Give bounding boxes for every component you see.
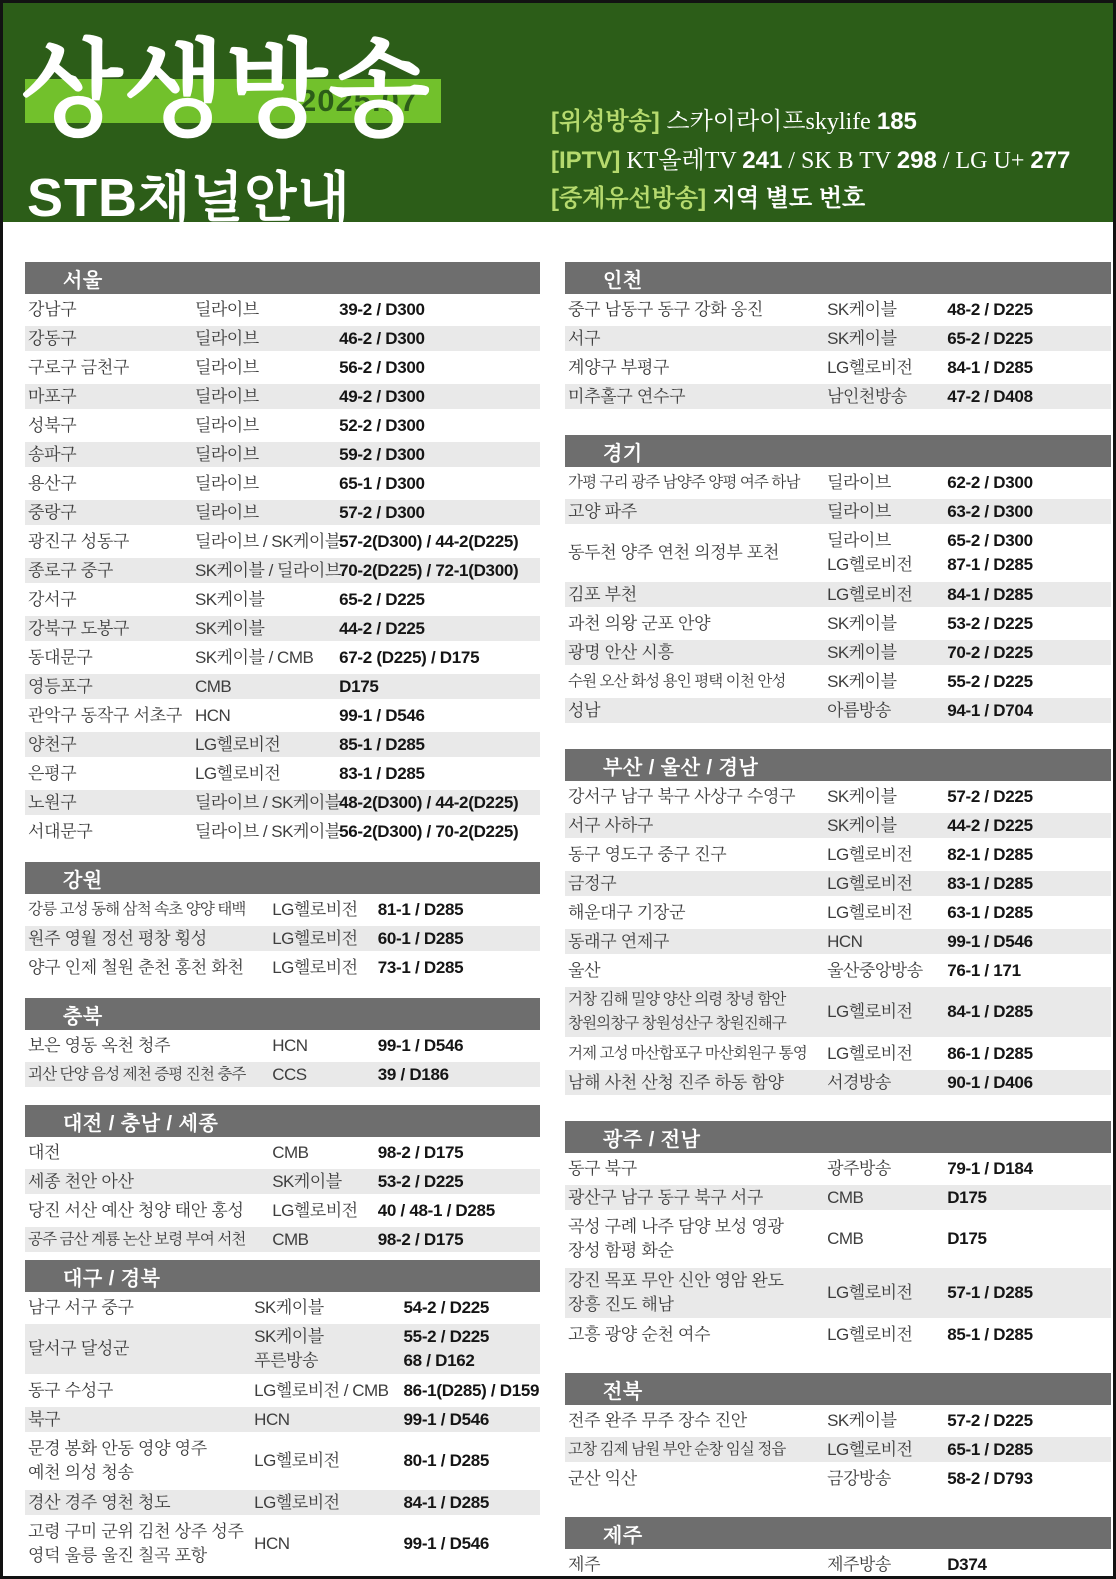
- channel-cell: 99-1 / D546: [404, 1517, 540, 1571]
- provider-cell: CMB: [195, 674, 339, 699]
- table-row: 동두천 양주 연천 의정부 포천딜라이브 LG헬로비전65-2 / D300 8…: [565, 526, 1111, 580]
- channel-cell: 84-1 / D285: [947, 582, 1111, 607]
- channel-cell: D175: [947, 1185, 1111, 1210]
- table-row: 영등포구CMBD175: [25, 672, 540, 701]
- info-segment: 298: [897, 147, 937, 174]
- provider-cell: 서경방송: [827, 1070, 947, 1095]
- info-segment: [중계유선방송]: [551, 185, 706, 212]
- channel-cell: 65-1 / D300: [339, 469, 540, 498]
- section-rows: 제주제주방송D374: [565, 1550, 1111, 1579]
- channel-cell: 63-1 / D285: [947, 898, 1111, 927]
- table-row: 서구 사하구SK케이블44-2 / D225: [565, 811, 1111, 840]
- table-row: 강동구딜라이브46-2 / D300: [25, 324, 540, 353]
- channel-cell: 57-2(D300) / 44-2(D225): [339, 527, 540, 556]
- region-cell: 경산 경주 영천 청도: [25, 1490, 254, 1515]
- region-cell: 중랑구: [25, 500, 195, 525]
- channel-cell: 48-2(D300) / 44-2(D225): [339, 790, 540, 815]
- region-section: 대전 / 충남 / 세종대전CMB98-2 / D175세종 천안 아산SK케이…: [25, 1105, 540, 1254]
- channel-cell: 84-1 / D285: [947, 353, 1111, 382]
- channel-cell: 40 / 48-1 / D285: [378, 1196, 540, 1225]
- table-row: 구로구 금천구딜라이브56-2 / D300: [25, 353, 540, 382]
- table-row: 고양 파주딜라이브63-2 / D300: [565, 497, 1111, 526]
- channel-cell: 58-2 / D793: [947, 1464, 1111, 1493]
- region-cell: 당진 서산 예산 청양 태안 홍성: [25, 1196, 272, 1225]
- provider-cell: SK케이블: [827, 609, 947, 638]
- region-section: 서울강남구딜라이브39-2 / D300강동구딜라이브46-2 / D300구로…: [25, 262, 540, 846]
- info-segment: 241: [742, 147, 782, 174]
- provider-cell: HCN: [272, 1031, 378, 1060]
- channel-cell: 98-2 / D175: [378, 1227, 540, 1252]
- provider-cell: SK케이블: [827, 782, 947, 811]
- table-row: 곡성 구례 나주 담양 보성 영광 장성 함평 화순CMBD175: [565, 1212, 1111, 1266]
- channel-cell: 99-1 / D546: [947, 929, 1111, 954]
- region-cell: 광명 안산 시흥: [565, 640, 827, 665]
- region-cell: 계양구 부평구: [565, 353, 827, 382]
- channel-cell: 56-2(D300) / 70-2(D225): [339, 817, 540, 846]
- channel-cell: 70-2 / D225: [947, 640, 1111, 665]
- provider-cell: LG헬로비전: [827, 353, 947, 382]
- provider-cell: CMB: [827, 1212, 947, 1266]
- provider-cell: LG헬로비전: [827, 898, 947, 927]
- table-row: 가평 구리 광주 남양주 양평 여주 하남딜라이브62-2 / D300: [565, 468, 1111, 497]
- section-header: 경기: [565, 435, 1111, 467]
- provider-cell: CMB: [827, 1185, 947, 1210]
- channel-cell: 67-2 (D225) / D175: [339, 643, 540, 672]
- section-header: 제주: [565, 1517, 1111, 1549]
- channel-cell: 48-2 / D225: [947, 295, 1111, 324]
- provider-cell: 남인천방송: [827, 384, 947, 409]
- provider-cell: LG헬로비전: [272, 1196, 378, 1225]
- region-cell: 가평 구리 광주 남양주 양평 여주 하남: [565, 468, 827, 497]
- region-cell: 고령 구미 군위 김천 상주 성주 영덕 울릉 울진 칠곡 포항: [25, 1517, 254, 1571]
- info-segment: [IPTV]: [551, 147, 620, 174]
- table-row: 서대문구딜라이브 / SK케이블56-2(D300) / 70-2(D225): [25, 817, 540, 846]
- region-section: 광주 / 전남동구 북구광주방송79-1 / D184광산구 남구 동구 북구 …: [565, 1121, 1111, 1349]
- channel-cell: 83-1 / D285: [947, 871, 1111, 896]
- table-row: 성남아름방송94-1 / D704: [565, 696, 1111, 725]
- region-section: 경기가평 구리 광주 남양주 양평 여주 하남딜라이브62-2 / D300고양…: [565, 435, 1111, 725]
- channel-cell: 73-1 / D285: [378, 953, 540, 982]
- region-cell: 강진 목포 무안 신안 영암 완도 장흥 진도 해남: [565, 1268, 827, 1318]
- region-cell: 수원 오산 화성 용인 평택 이천 안성: [565, 667, 827, 696]
- channel-cell: 76-1 / 171: [947, 956, 1111, 985]
- channel-cell: 60-1 / D285: [378, 926, 540, 951]
- info-segment: 277: [1030, 147, 1070, 174]
- table-row: 괴산 단양 음성 제천 증평 진천 충주CCS39 / D186: [25, 1060, 540, 1089]
- provider-cell: LG헬로비전: [272, 895, 378, 924]
- channel-cell: 57-2 / D225: [947, 782, 1111, 811]
- table-row: 마포구딜라이브49-2 / D300: [25, 382, 540, 411]
- table-row: 북구HCN99-1 / D546: [25, 1405, 540, 1434]
- provider-cell: SK케이블: [827, 640, 947, 665]
- table-row: 서구SK케이블65-2 / D225: [565, 324, 1111, 353]
- provider-cell: 금강방송: [827, 1464, 947, 1493]
- channel-cell: 53-2 / D225: [947, 609, 1111, 638]
- info-segment: / SK B TV: [782, 148, 896, 174]
- region-cell: 동구 수성구: [25, 1376, 254, 1405]
- table-row: 남구 서구 중구SK케이블54-2 / D225: [25, 1293, 540, 1322]
- section-rows: 가평 구리 광주 남양주 양평 여주 하남딜라이브62-2 / D300고양 파…: [565, 468, 1111, 725]
- table-row: 달서구 달성군SK케이블 푸른방송55-2 / D225 68 / D162: [25, 1322, 540, 1376]
- region-cell: 송파구: [25, 442, 195, 467]
- region-cell: 관악구 동작구 서초구: [25, 701, 195, 730]
- table-row: 대전CMB98-2 / D175: [25, 1138, 540, 1167]
- region-cell: 공주 금산 계룡 논산 보령 부여 서천: [25, 1227, 272, 1252]
- region-cell: 강서구: [25, 585, 195, 614]
- table-row: 광산구 남구 동구 북구 서구CMBD175: [565, 1183, 1111, 1212]
- section-rows: 강서구 남구 북구 사상구 수영구SK케이블57-2 / D225서구 사하구S…: [565, 782, 1111, 1097]
- region-cell: 강남구: [25, 295, 195, 324]
- broadcast-info-line: [IPTV] KT올레TV 241 / SK B TV 298 / LG U+ …: [551, 142, 1070, 181]
- table-row: 수원 오산 화성 용인 평택 이천 안성SK케이블55-2 / D225: [565, 667, 1111, 696]
- table-row: 문경 봉화 안동 영양 영주 예천 의성 청송LG헬로비전80-1 / D285: [25, 1434, 540, 1488]
- channel-cell: 39 / D186: [378, 1062, 540, 1087]
- section-header: 대구 / 경북: [25, 1260, 540, 1292]
- channel-cell: 65-2 / D300 87-1 / D285: [947, 526, 1111, 580]
- provider-cell: 울산중앙방송: [827, 956, 947, 985]
- table-row: 광진구 성동구딜라이브 / SK케이블57-2(D300) / 44-2(D22…: [25, 527, 540, 556]
- left-column: 서울강남구딜라이브39-2 / D300강동구딜라이브46-2 / D300구로…: [25, 262, 540, 1571]
- region-cell: 과천 의왕 군포 안양: [565, 609, 827, 638]
- table-row: 중구 남동구 동구 강화 옹진SK케이블48-2 / D225: [565, 295, 1111, 324]
- table-row: 제주제주방송D374: [565, 1550, 1111, 1579]
- region-cell: 고흥 광양 순천 여수: [565, 1320, 827, 1349]
- channel-cell: 46-2 / D300: [339, 326, 540, 351]
- region-section: 인천중구 남동구 동구 강화 옹진SK케이블48-2 / D225서구SK케이블…: [565, 262, 1111, 411]
- region-cell: 동구 영도구 중구 진구: [565, 840, 827, 869]
- provider-cell: 딜라이브 / SK케이블: [195, 790, 339, 815]
- provider-cell: SK케이블 / 딜라이브: [195, 558, 339, 583]
- channel-cell: 79-1 / D184: [947, 1154, 1111, 1183]
- provider-cell: CMB: [272, 1138, 378, 1167]
- section-rows: 남구 서구 중구SK케이블54-2 / D225달서구 달성군SK케이블 푸른방…: [25, 1293, 540, 1571]
- info-segment: / LG U+: [937, 148, 1031, 174]
- section-header: 대전 / 충남 / 세종: [25, 1105, 540, 1137]
- table-row: 거창 김해 밀양 양산 의령 창녕 함안 창원의창구 창원성산구 창원진해구LG…: [565, 985, 1111, 1039]
- channel-cell: 52-2 / D300: [339, 411, 540, 440]
- channel-cell: 63-2 / D300: [947, 499, 1111, 524]
- provider-cell: LG헬로비전: [195, 759, 339, 788]
- table-row: 과천 의왕 군포 안양SK케이블53-2 / D225: [565, 609, 1111, 638]
- table-row: 동대문구SK케이블 / CMB67-2 (D225) / D175: [25, 643, 540, 672]
- channel-cell: 99-1 / D546: [404, 1407, 540, 1432]
- channel-cell: 47-2 / D408: [947, 384, 1111, 409]
- region-cell: 괴산 단양 음성 제천 증평 진천 충주: [25, 1062, 272, 1087]
- info-segment: skylife: [806, 109, 877, 135]
- region-cell: 고양 파주: [565, 499, 827, 524]
- provider-cell: HCN: [254, 1407, 403, 1432]
- provider-cell: LG헬로비전: [272, 953, 378, 982]
- table-row: 미추홀구 연수구남인천방송47-2 / D408: [565, 382, 1111, 411]
- region-cell: 광진구 성동구: [25, 527, 195, 556]
- channel-cell: 49-2 / D300: [339, 384, 540, 409]
- provider-cell: LG헬로비전: [827, 987, 947, 1037]
- table-row: 동래구 연제구HCN99-1 / D546: [565, 927, 1111, 956]
- section-header: 인천: [565, 262, 1111, 294]
- channel-cell: 44-2 / D225: [339, 616, 540, 641]
- region-cell: 강북구 도봉구: [25, 616, 195, 641]
- channel-cell: 84-1 / D285: [404, 1490, 540, 1515]
- provider-cell: LG헬로비전 / CMB: [254, 1376, 403, 1405]
- table-row: 고흥 광양 순천 여수LG헬로비전85-1 / D285: [565, 1320, 1111, 1349]
- provider-cell: SK케이블: [827, 295, 947, 324]
- table-row: 원주 영월 정선 평창 횡성LG헬로비전60-1 / D285: [25, 924, 540, 953]
- region-cell: 마포구: [25, 384, 195, 409]
- provider-cell: LG헬로비전: [827, 1320, 947, 1349]
- table-row: 고령 구미 군위 김천 상주 성주 영덕 울릉 울진 칠곡 포항HCN99-1 …: [25, 1517, 540, 1571]
- region-cell: 양천구: [25, 732, 195, 757]
- table-row: 거제 고성 마산합포구 마산회원구 통영LG헬로비전86-1 / D285: [565, 1039, 1111, 1068]
- region-cell: 문경 봉화 안동 영양 영주 예천 의성 청송: [25, 1434, 254, 1488]
- table-row: 울산울산중앙방송76-1 / 171: [565, 956, 1111, 985]
- section-rows: 중구 남동구 동구 강화 옹진SK케이블48-2 / D225서구SK케이블65…: [565, 295, 1111, 411]
- provider-cell: 제주방송: [827, 1550, 947, 1579]
- table-row: 공주 금산 계룡 논산 보령 부여 서천CMB98-2 / D175: [25, 1225, 540, 1254]
- provider-cell: 딜라이브: [195, 295, 339, 324]
- table-row: 남해 사천 산청 진주 하동 함양서경방송90-1 / D406: [565, 1068, 1111, 1097]
- provider-cell: LG헬로비전: [195, 732, 339, 757]
- channel-cell: 84-1 / D285: [947, 987, 1111, 1037]
- region-section: 전북전주 완주 무주 장수 진안SK케이블57-2 / D225고창 김제 남원…: [565, 1373, 1111, 1493]
- provider-cell: 딜라이브 LG헬로비전: [827, 526, 947, 580]
- region-cell: 동래구 연제구: [565, 929, 827, 954]
- region-cell: 강릉 고성 동해 삼척 속초 양양 태백: [25, 895, 272, 924]
- channel-cell: 59-2 / D300: [339, 442, 540, 467]
- provider-cell: SK케이블: [827, 813, 947, 838]
- provider-cell: LG헬로비전: [827, 582, 947, 607]
- provider-cell: CCS: [272, 1062, 378, 1087]
- provider-cell: 딜라이브 / SK케이블: [195, 527, 339, 556]
- page-subtitle: STB채널안내: [27, 155, 351, 232]
- table-row: 동구 수성구LG헬로비전 / CMB86-1(D285) / D159: [25, 1376, 540, 1405]
- region-section: 부산 / 울산 / 경남강서구 남구 북구 사상구 수영구SK케이블57-2 /…: [565, 749, 1111, 1097]
- channel-cell: 54-2 / D225: [404, 1293, 540, 1322]
- channel-cell: 56-2 / D300: [339, 353, 540, 382]
- provider-cell: SK케이블 푸른방송: [254, 1324, 403, 1374]
- channel-cell: 62-2 / D300: [947, 468, 1111, 497]
- region-cell: 거제 고성 마산합포구 마산회원구 통영: [565, 1039, 827, 1068]
- channel-cell: 55-2 / D225 68 / D162: [404, 1324, 540, 1374]
- provider-cell: 딜라이브: [827, 499, 947, 524]
- provider-cell: 딜라이브: [195, 469, 339, 498]
- provider-cell: HCN: [254, 1517, 403, 1571]
- provider-cell: SK케이블: [195, 585, 339, 614]
- table-row: 김포 부천LG헬로비전84-1 / D285: [565, 580, 1111, 609]
- region-cell: 금정구: [565, 871, 827, 896]
- region-cell: 강서구 남구 북구 사상구 수영구: [565, 782, 827, 811]
- broadcast-info-line: [중계유선방송] 지역 별도 번호: [551, 180, 1070, 218]
- provider-cell: HCN: [195, 701, 339, 730]
- table-row: 경산 경주 영천 청도LG헬로비전84-1 / D285: [25, 1488, 540, 1517]
- table-row: 강서구SK케이블65-2 / D225: [25, 585, 540, 614]
- region-cell: 세종 천안 아산: [25, 1169, 272, 1194]
- provider-cell: 아름방송: [827, 698, 947, 723]
- channel-cell: 86-1(D285) / D159: [404, 1376, 540, 1405]
- table-row: 용산구딜라이브65-1 / D300: [25, 469, 540, 498]
- channel-cell: D175: [339, 674, 540, 699]
- channel-cell: 85-1 / D285: [947, 1320, 1111, 1349]
- region-cell: 해운대구 기장군: [565, 898, 827, 927]
- provider-cell: 딜라이브: [827, 468, 947, 497]
- region-cell: 미추홀구 연수구: [565, 384, 827, 409]
- broadcast-info-line: [위성방송] 스카이라이프skylife 185: [551, 103, 1070, 142]
- channel-cell: 70-2(D225) / 72-1(D300): [339, 558, 540, 583]
- table-row: 양구 인제 철원 춘천 홍천 화천LG헬로비전73-1 / D285: [25, 953, 540, 982]
- info-segment: KT올레TV: [620, 148, 742, 174]
- region-cell: 서구 사하구: [565, 813, 827, 838]
- region-cell: 성북구: [25, 411, 195, 440]
- region-cell: 보은 영동 옥천 청주: [25, 1031, 272, 1060]
- channel-cell: D175: [947, 1212, 1111, 1266]
- channel-cell: 65-2 / D225: [339, 585, 540, 614]
- table-row: 강남구딜라이브39-2 / D300: [25, 295, 540, 324]
- region-section: 충북보은 영동 옥천 청주HCN99-1 / D546괴산 단양 음성 제천 증…: [25, 998, 540, 1089]
- region-cell: 서대문구: [25, 817, 195, 846]
- provider-cell: SK케이블: [827, 1406, 947, 1435]
- region-cell: 광산구 남구 동구 북구 서구: [565, 1185, 827, 1210]
- channel-cell: 57-2 / D300: [339, 500, 540, 525]
- provider-cell: 광주방송: [827, 1154, 947, 1183]
- table-row: 군산 익산금강방송58-2 / D793: [565, 1464, 1111, 1493]
- table-row: 금정구LG헬로비전83-1 / D285: [565, 869, 1111, 898]
- region-cell: 은평구: [25, 759, 195, 788]
- table-row: 은평구LG헬로비전83-1 / D285: [25, 759, 540, 788]
- region-cell: 제주: [565, 1550, 827, 1579]
- stb-channel-guide-page: 2025.07 상생방송 STB채널안내 [위성방송] 스카이라이프skylif…: [0, 0, 1116, 1579]
- section-header: 서울: [25, 262, 540, 294]
- table-row: 관악구 동작구 서초구HCN99-1 / D546: [25, 701, 540, 730]
- region-cell: 동두천 양주 연천 의정부 포천: [565, 526, 827, 580]
- provider-cell: 딜라이브: [195, 442, 339, 467]
- info-segment: 지역 별도 번호: [706, 185, 865, 212]
- provider-cell: 딜라이브: [195, 326, 339, 351]
- table-row: 동구 영도구 중구 진구LG헬로비전82-1 / D285: [565, 840, 1111, 869]
- table-row: 종로구 중구SK케이블 / 딜라이브70-2(D225) / 72-1(D300…: [25, 556, 540, 585]
- provider-cell: SK케이블: [254, 1293, 403, 1322]
- table-row: 강진 목포 무안 신안 영암 완도 장흥 진도 해남LG헬로비전57-1 / D…: [565, 1266, 1111, 1320]
- table-row: 보은 영동 옥천 청주HCN99-1 / D546: [25, 1031, 540, 1060]
- table-row: 강서구 남구 북구 사상구 수영구SK케이블57-2 / D225: [565, 782, 1111, 811]
- region-cell: 군산 익산: [565, 1464, 827, 1493]
- provider-cell: 딜라이브: [195, 384, 339, 409]
- channel-cell: 99-1 / D546: [339, 701, 540, 730]
- section-header: 부산 / 울산 / 경남: [565, 749, 1111, 781]
- channel-cell: 81-1 / D285: [378, 895, 540, 924]
- right-column: 인천중구 남동구 동구 강화 옹진SK케이블48-2 / D225서구SK케이블…: [565, 262, 1111, 1579]
- region-cell: 남해 사천 산청 진주 하동 함양: [565, 1070, 827, 1095]
- channel-cell: 44-2 / D225: [947, 813, 1111, 838]
- table-row: 고창 김제 남원 부안 순창 임실 정읍LG헬로비전65-1 / D285: [565, 1435, 1111, 1464]
- section-rows: 대전CMB98-2 / D175세종 천안 아산SK케이블53-2 / D225…: [25, 1138, 540, 1254]
- channel-cell: 57-1 / D285: [947, 1268, 1111, 1318]
- region-cell: 중구 남동구 동구 강화 옹진: [565, 295, 827, 324]
- region-cell: 종로구 중구: [25, 558, 195, 583]
- channel-cell: 80-1 / D285: [404, 1434, 540, 1488]
- region-cell: 대전: [25, 1138, 272, 1167]
- provider-cell: LG헬로비전: [254, 1434, 403, 1488]
- channel-cell: 57-2 / D225: [947, 1406, 1111, 1435]
- section-rows: 보은 영동 옥천 청주HCN99-1 / D546괴산 단양 음성 제천 증평 …: [25, 1031, 540, 1089]
- region-cell: 구로구 금천구: [25, 353, 195, 382]
- table-row: 강릉 고성 동해 삼척 속초 양양 태백LG헬로비전81-1 / D285: [25, 895, 540, 924]
- provider-cell: LG헬로비전: [827, 1268, 947, 1318]
- region-cell: 김포 부천: [565, 582, 827, 607]
- table-row: 노원구딜라이브 / SK케이블48-2(D300) / 44-2(D225): [25, 788, 540, 817]
- region-section: 제주제주제주방송D374: [565, 1517, 1111, 1579]
- table-row: 강북구 도봉구SK케이블44-2 / D225: [25, 614, 540, 643]
- region-cell: 동구 북구: [565, 1154, 827, 1183]
- broadcast-info: [위성방송] 스카이라이프skylife 185[IPTV] KT올레TV 24…: [551, 103, 1070, 218]
- table-row: 성북구딜라이브52-2 / D300: [25, 411, 540, 440]
- channel-cell: 83-1 / D285: [339, 759, 540, 788]
- table-row: 동구 북구광주방송79-1 / D184: [565, 1154, 1111, 1183]
- channel-cell: 98-2 / D175: [378, 1138, 540, 1167]
- region-cell: 양구 인제 철원 춘천 홍천 화천: [25, 953, 272, 982]
- provider-cell: CMB: [272, 1227, 378, 1252]
- channel-cell: 85-1 / D285: [339, 732, 540, 757]
- table-row: 전주 완주 무주 장수 진안SK케이블57-2 / D225: [565, 1406, 1111, 1435]
- section-header: 전북: [565, 1373, 1111, 1405]
- region-cell: 성남: [565, 698, 827, 723]
- info-segment: 스카이라이프: [660, 108, 806, 135]
- table-row: 중랑구딜라이브57-2 / D300: [25, 498, 540, 527]
- region-section: 강원강릉 고성 동해 삼척 속초 양양 태백LG헬로비전81-1 / D285원…: [25, 862, 540, 982]
- region-cell: 노원구: [25, 790, 195, 815]
- channel-cell: 90-1 / D406: [947, 1070, 1111, 1095]
- region-cell: 달서구 달성군: [25, 1324, 254, 1374]
- region-cell: 울산: [565, 956, 827, 985]
- channel-cell: 39-2 / D300: [339, 295, 540, 324]
- region-cell: 영등포구: [25, 674, 195, 699]
- channel-cell: 55-2 / D225: [947, 667, 1111, 696]
- channel-cell: 65-1 / D285: [947, 1437, 1111, 1462]
- header-banner: 2025.07 상생방송 STB채널안내 [위성방송] 스카이라이프skylif…: [3, 3, 1113, 222]
- provider-cell: 딜라이브: [195, 411, 339, 440]
- provider-cell: HCN: [827, 929, 947, 954]
- section-rows: 동구 북구광주방송79-1 / D184광산구 남구 동구 북구 서구CMBD1…: [565, 1154, 1111, 1349]
- info-segment: [위성방송]: [551, 108, 660, 135]
- section-rows: 강릉 고성 동해 삼척 속초 양양 태백LG헬로비전81-1 / D285원주 …: [25, 895, 540, 982]
- provider-cell: LG헬로비전: [254, 1490, 403, 1515]
- provider-cell: LG헬로비전: [272, 926, 378, 951]
- section-header: 광주 / 전남: [565, 1121, 1111, 1153]
- provider-cell: 딜라이브: [195, 353, 339, 382]
- region-cell: 고창 김제 남원 부안 순창 임실 정읍: [565, 1437, 827, 1462]
- section-rows: 전주 완주 무주 장수 진안SK케이블57-2 / D225고창 김제 남원 부…: [565, 1406, 1111, 1493]
- table-row: 송파구딜라이브59-2 / D300: [25, 440, 540, 469]
- table-row: 광명 안산 시흥SK케이블70-2 / D225: [565, 638, 1111, 667]
- provider-cell: SK케이블: [195, 616, 339, 641]
- region-cell: 남구 서구 중구: [25, 1293, 254, 1322]
- table-row: 당진 서산 예산 청양 태안 홍성LG헬로비전40 / 48-1 / D285: [25, 1196, 540, 1225]
- section-header: 충북: [25, 998, 540, 1030]
- table-row: 양천구LG헬로비전85-1 / D285: [25, 730, 540, 759]
- provider-cell: SK케이블: [827, 326, 947, 351]
- provider-cell: SK케이블: [827, 667, 947, 696]
- region-cell: 거창 김해 밀양 양산 의령 창녕 함안 창원의창구 창원성산구 창원진해구: [565, 987, 827, 1037]
- channel-cell: 99-1 / D546: [378, 1031, 540, 1060]
- section-rows: 강남구딜라이브39-2 / D300강동구딜라이브46-2 / D300구로구 …: [25, 295, 540, 846]
- info-segment: 185: [877, 108, 917, 135]
- region-cell: 곡성 구례 나주 담양 보성 영광 장성 함평 화순: [565, 1212, 827, 1266]
- table-row: 해운대구 기장군LG헬로비전63-1 / D285: [565, 898, 1111, 927]
- region-cell: 전주 완주 무주 장수 진안: [565, 1406, 827, 1435]
- region-cell: 서구: [565, 326, 827, 351]
- provider-cell: 딜라이브 / SK케이블: [195, 817, 339, 846]
- provider-cell: SK케이블 / CMB: [195, 643, 339, 672]
- provider-cell: 딜라이브: [195, 500, 339, 525]
- region-cell: 동대문구: [25, 643, 195, 672]
